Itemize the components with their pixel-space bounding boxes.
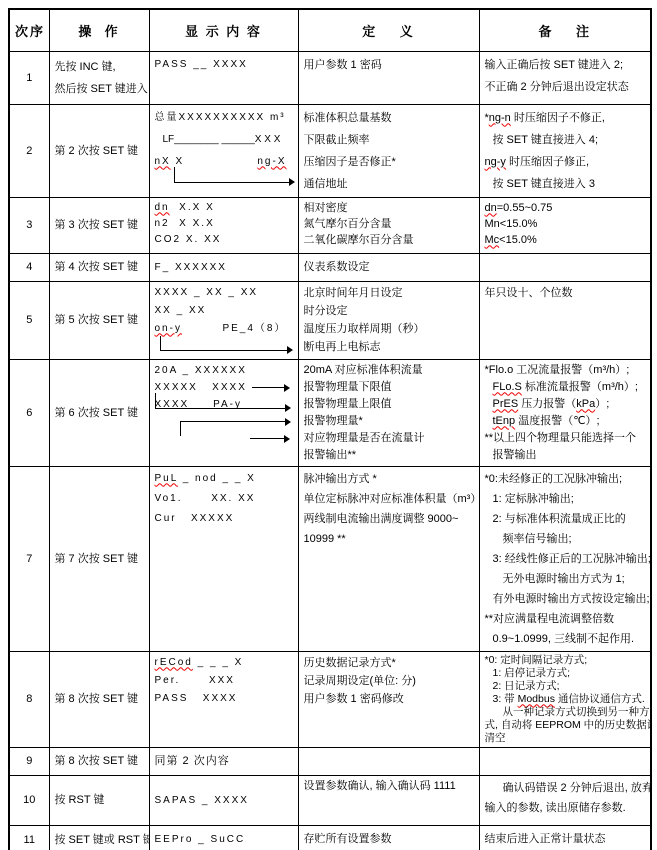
text-line: 存贮所有设置参数 [304, 831, 474, 848]
text-line: 第 7 次按 SET 键 [55, 549, 144, 569]
col-header-remark: 备 注 [479, 9, 651, 51]
remark-cell: *0:未经修正的工况脉冲输出; 1: 定标脉冲输出; 2: 与标准体积流量成正比… [479, 466, 651, 651]
text-line: 确认码错误 2 分钟后退出, 放弃 [485, 778, 646, 798]
display-code: XX _ XX [155, 302, 293, 320]
text-line: 2: 日记录方式; [485, 680, 646, 693]
table-row-6: 6 第 6 次按 SET 键 20A _ XXXXXX XXXXX XXXX X… [9, 359, 651, 466]
display-code: F_ XXXXXX [155, 259, 293, 276]
text-line: *ng-n 时压缩因子不修正, [485, 107, 646, 129]
definition-cell: 历史数据记录方式* 记录周期设定(单位: 分) 用户参数 1 密码修改 [298, 651, 479, 747]
table-row-10: 10 按 RST 键 SAPAS _ XXXX 设置参数确认, 输入确认码 11… [9, 775, 651, 825]
text-line: dn=0.55~0.75 [485, 200, 646, 216]
operation-cell: 第 4 次按 SET 键 [49, 253, 149, 281]
remark-cell: *ng-n 时压缩因子不修正, 按 SET 键直接进入 4; ng-y 时压缩因… [479, 104, 651, 197]
display-cell: 同第 2 次内容 [149, 747, 298, 775]
table-row-9: 9 第 8 次按 SET 键 同第 2 次内容 [9, 747, 651, 775]
display-code: rECod _ _ _ X [155, 654, 293, 672]
text-line: 二氧化碳摩尔百分含量 [304, 232, 474, 248]
text-line: 报警物理量* [304, 413, 474, 430]
text-line: 记录周期设定(单位: 分) [304, 672, 474, 690]
remark-cell: 年只设十、个位数 [479, 281, 651, 359]
definition-cell [298, 747, 479, 775]
text-line: 1: 启停记录方式; [485, 667, 646, 680]
text-line: 报警物理量下限值 [304, 379, 474, 396]
table-row-8: 8 第 8 次按 SET 键 rECod _ _ _ X Per. XXX PA… [9, 651, 651, 747]
remark-cell: 结束后进入正常计量状态 [479, 825, 651, 850]
text-line: 压缩因子是否修正* [304, 151, 474, 173]
display-cell: 总量XXXXXXXXXX m³ LF________ ______X X X n… [149, 104, 298, 197]
text-line: Mc<15.0% [485, 232, 646, 248]
text-line: 按 SET 键直接进入 4; [485, 129, 646, 151]
pointer-arrow [250, 438, 284, 439]
text-line: 报警物理量上限值 [304, 396, 474, 413]
text-line: 按 SET 键直接进入 3 [485, 173, 646, 195]
remark-cell: *0: 定时间隔记录方式; 1: 启停记录方式; 2: 日记录方式; 3: 带 … [479, 651, 651, 747]
seq-cell: 9 [9, 747, 49, 775]
table-row-3: 3 第 3 次按 SET 键 dn X.X X n2 X X.X CO2 X. … [9, 197, 651, 253]
remark-cell [479, 747, 651, 775]
display-code: 总量XXXXXXXXXX m³ [155, 107, 293, 129]
text-line: ng-y 时压缩因子修正, [485, 151, 646, 173]
parameter-setting-table: 次序 操 作 显 示 内 容 定 义 备 注 1 先按 INC 键, 然后按 S… [8, 8, 652, 850]
operation-cell: 按 SET 键或 RST 键 [49, 825, 149, 850]
display-cell: dn X.X X n2 X X.X CO2 X. XX [149, 197, 298, 253]
text-line: 2: 与标准体积流量成正比的 [485, 509, 646, 529]
text-line: 3: 经线性修正后的工况脉冲输出; [485, 549, 646, 569]
operation-cell: 第 5 次按 SET 键 [49, 281, 149, 359]
text-line: 年只设十、个位数 [485, 284, 646, 302]
seq-cell: 3 [9, 197, 49, 253]
col-header-operation: 操 作 [49, 9, 149, 51]
text-line: Mn<15.0% [485, 216, 646, 232]
display-cell: PASS __ XXXX [149, 51, 298, 104]
operation-cell: 第 8 次按 SET 键 [49, 651, 149, 747]
display-code: CO2 X. XX [155, 232, 293, 248]
seq-cell: 5 [9, 281, 49, 359]
text-line: 通信地址 [304, 173, 474, 195]
definition-cell: 脉冲输出方式 * 单位定标脉冲对应标准体积量（m³） 两线制电流输出满度调整 9… [298, 466, 479, 651]
text-line: 用户参数 1 密码 [304, 54, 474, 76]
text-line: 第 2 次按 SET 键 [55, 140, 144, 162]
table-row-2: 2 第 2 次按 SET 键 总量XXXXXXXXXX m³ LF_______… [9, 104, 651, 197]
text-line: 用户参数 1 密码修改 [304, 690, 474, 708]
operation-cell: 第 2 次按 SET 键 [49, 104, 149, 197]
text-line: 历史数据记录方式* [304, 654, 474, 672]
definition-cell: 相对密度 氮气摩尔百分含量 二氧化碳摩尔百分含量 [298, 197, 479, 253]
display-code: LF________ ______X X X [155, 129, 293, 151]
remark-cell: 确认码错误 2 分钟后退出, 放弃 输入的参数, 读出原储存参数. [479, 775, 651, 825]
operation-cell: 按 RST 键 [49, 775, 149, 825]
text-line: 时分设定 [304, 302, 474, 320]
display-code: PASS __ XXXX [155, 54, 293, 76]
display-code: n2 X X.X [155, 216, 293, 232]
text-line: 式, 自动将 EEPROM 中的历史数据记录 [485, 719, 646, 732]
remark-cell [479, 253, 651, 281]
col-header-definition: 定 义 [298, 9, 479, 51]
display-code: 20A _ XXXXXX [155, 362, 293, 379]
display-code: SAPAS _ XXXX [155, 792, 293, 809]
text-line: 单位定标脉冲对应标准体积量（m³） [304, 489, 474, 509]
text-line: 不正确 2 分钟后退出设定状态 [485, 76, 646, 98]
definition-cell: 北京时间年月日设定 时分设定 温度压力取样周期（秒） 断电再上电标志 [298, 281, 479, 359]
text-line: 频率信号输出; [485, 529, 646, 549]
display-cell: EEPro _ SuCC [149, 825, 298, 850]
table-row-1: 1 先按 INC 键, 然后按 SET 键进入 PASS __ XXXX 用户参… [9, 51, 651, 104]
remark-cell: 输入正确后按 SET 键进入 2; 不正确 2 分钟后退出设定状态 [479, 51, 651, 104]
pointer-arrow [160, 336, 287, 351]
text-line: 相对密度 [304, 200, 474, 216]
text-line: 3: 带 Modbus 通信协议通信方式. [485, 693, 646, 706]
text-line: 20mA 对应标准体积流量 [304, 362, 474, 379]
header-row: 次序 操 作 显 示 内 容 定 义 备 注 [9, 9, 651, 51]
text-line: 对应物理量是否在流量计 [304, 430, 474, 447]
seq-cell: 8 [9, 651, 49, 747]
pointer-arrow [155, 393, 285, 409]
display-cell: 20A _ XXXXXX XXXXX XXXX XXXX PA-y [149, 359, 298, 466]
text-line: 温度压力取样周期（秒） [304, 320, 474, 338]
text-line: 第 6 次按 SET 键 [55, 403, 144, 423]
pointer-arrow [174, 167, 289, 183]
text-line: 有外电源时输出方式按设定输出; [485, 589, 646, 609]
text-line: 下限截止频率 [304, 129, 474, 151]
text-line: 清空 [485, 732, 646, 745]
display-code: PASS XXXX [155, 690, 293, 708]
text-line: 氮气摩尔百分含量 [304, 216, 474, 232]
definition-cell: 20mA 对应标准体积流量 报警物理量下限值 报警物理量上限值 报警物理量* 对… [298, 359, 479, 466]
operation-cell: 第 3 次按 SET 键 [49, 197, 149, 253]
display-cell: PuL _ nod _ _ X Vo1. XX. XX Cur XXXXX [149, 466, 298, 651]
text-line: 结束后进入正常计量状态 [485, 831, 646, 848]
text-line: 按 RST 键 [55, 790, 144, 810]
text-line: 第 8 次按 SET 键 [55, 751, 144, 771]
display-code: Per. XXX [155, 672, 293, 690]
seq-cell: 4 [9, 253, 49, 281]
text-line: 输入正确后按 SET 键进入 2; [485, 54, 646, 76]
display-code: EEPro _ SuCC [155, 831, 293, 848]
display-cell: rECod _ _ _ X Per. XXX PASS XXXX [149, 651, 298, 747]
pointer-arrow [252, 387, 284, 388]
display-cell: SAPAS _ XXXX [149, 775, 298, 825]
seq-cell: 2 [9, 104, 49, 197]
remark-cell: dn=0.55~0.75 Mn<15.0% Mc<15.0% [479, 197, 651, 253]
text-line: 先按 INC 键, [55, 56, 144, 78]
text-line: 仪表系数设定 [304, 259, 474, 276]
text-line: 第 8 次按 SET 键 [55, 689, 144, 709]
text-line: 然后按 SET 键进入 [55, 78, 144, 100]
seq-cell: 10 [9, 775, 49, 825]
text-line: 设置参数确认, 输入确认码 1111 [304, 778, 474, 795]
definition-cell: 存贮所有设置参数 [298, 825, 479, 850]
text-line: *Flo.o 工况流量报警（m³/h）; [485, 362, 646, 379]
definition-cell: 设置参数确认, 输入确认码 1111 [298, 775, 479, 825]
display-code: PuL _ nod _ _ X [155, 469, 293, 489]
display-code: XXXX _ XX _ XX [155, 284, 293, 302]
seq-cell: 7 [9, 466, 49, 651]
display-cell: F_ XXXXXX [149, 253, 298, 281]
text-line: 第 5 次按 SET 键 [55, 311, 144, 329]
text-line: 报警输出** [304, 447, 474, 464]
col-header-display: 显 示 内 容 [149, 9, 298, 51]
seq-cell: 6 [9, 359, 49, 466]
text-line: *0:未经修正的工况脉冲输出; [485, 469, 646, 489]
text-line: 1: 定标脉冲输出; [485, 489, 646, 509]
seq-cell: 1 [9, 51, 49, 104]
text-line: 第 4 次按 SET 键 [55, 257, 144, 277]
text-line: 标准体积总量基数 [304, 107, 474, 129]
text-line: 第 3 次按 SET 键 [55, 217, 144, 233]
operation-cell: 第 8 次按 SET 键 [49, 747, 149, 775]
definition-cell: 用户参数 1 密码 [298, 51, 479, 104]
text-line: 从一种记录方式切换到另一种方 [485, 706, 646, 719]
text-line: PrES 压力报警（kPa）; [485, 396, 646, 413]
text-line: 断电再上电标志 [304, 338, 474, 356]
display-code: Vo1. XX. XX [155, 489, 293, 509]
text-line: 北京时间年月日设定 [304, 284, 474, 302]
display-code: dn X.X X [155, 200, 293, 216]
display-cell: XXXX _ XX _ XX XX _ XX on-y PE_4（8） [149, 281, 298, 359]
operation-cell: 第 6 次按 SET 键 [49, 359, 149, 466]
definition-cell: 标准体积总量基数 下限截止频率 压缩因子是否修正* 通信地址 [298, 104, 479, 197]
text-line: 按 SET 键或 RST 键 [55, 830, 144, 850]
text-line: 输入的参数, 读出原储存参数. [485, 798, 646, 818]
text-line: tEnp 温度报警（℃）; [485, 413, 646, 430]
text-line: 报警输出 [485, 447, 646, 464]
table-row-4: 4 第 4 次按 SET 键 F_ XXXXXX 仪表系数设定 [9, 253, 651, 281]
seq-cell: 11 [9, 825, 49, 850]
text-line: 0.9~1.0999, 三线制不起作用. [485, 629, 646, 649]
table-row-7: 7 第 7 次按 SET 键 PuL _ nod _ _ X Vo1. XX. … [9, 466, 651, 651]
text-line: 10999 ** [304, 529, 474, 549]
operation-cell: 第 7 次按 SET 键 [49, 466, 149, 651]
text-line: 无外电源时输出方式为 1; [485, 569, 646, 589]
text-line: FLo.S 标准流量报警（m³/h）; [485, 379, 646, 396]
table-row-5: 5 第 5 次按 SET 键 XXXX _ XX _ XX XX _ XX on… [9, 281, 651, 359]
display-code: 同第 2 次内容 [155, 753, 293, 770]
remark-cell: *Flo.o 工况流量报警（m³/h）; FLo.S 标准流量报警（m³/h）;… [479, 359, 651, 466]
text-line: 脉冲输出方式 * [304, 469, 474, 489]
text-line: **对应满量程电流调整倍数 [485, 609, 646, 629]
text-line: *0: 定时间隔记录方式; [485, 654, 646, 667]
col-header-seq: 次序 [9, 9, 49, 51]
text-line: **以上四个物理量只能选择一个 [485, 430, 646, 447]
display-code: Cur XXXXX [155, 509, 293, 529]
text-line: 两线制电流输出满度调整 9000~ [304, 509, 474, 529]
definition-cell: 仪表系数设定 [298, 253, 479, 281]
operation-cell: 先按 INC 键, 然后按 SET 键进入 [49, 51, 149, 104]
pointer-arrow [180, 421, 285, 436]
table-row-11: 11 按 SET 键或 RST 键 EEPro _ SuCC 存贮所有设置参数 … [9, 825, 651, 850]
